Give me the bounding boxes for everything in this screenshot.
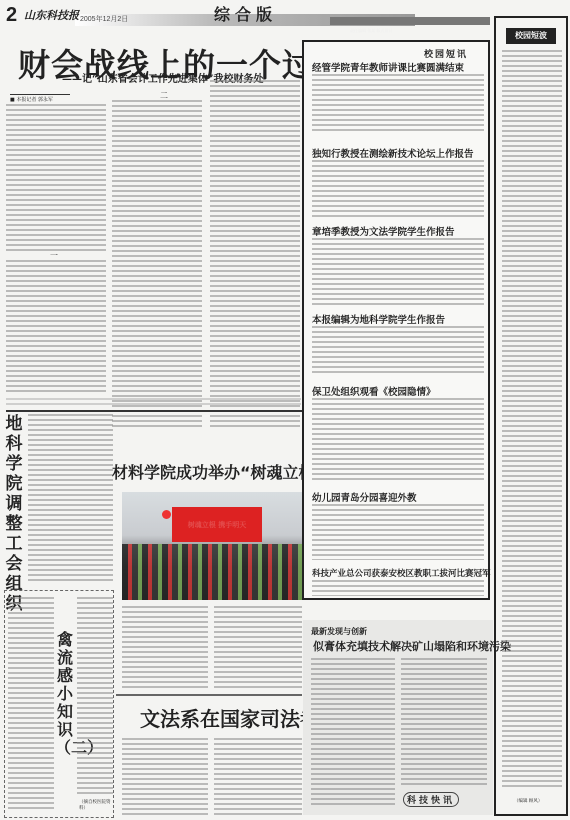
page-number: 2 [6,4,17,27]
news-headline: 独知行教授在测绘新技术论坛上作报告 [312,146,474,160]
law-col-1 [122,738,208,816]
news-body [312,580,484,596]
lead-column-1 [6,104,106,254]
law-col-2 [214,738,302,816]
sidebar-editor: （编辑 顾风） [514,798,542,804]
right-band: 责任编辑 张某 版式设计 [330,17,490,25]
tech-kicker: 最新发现与创新 [311,626,367,637]
tech-box: 最新发现与创新 似膏体充填技术解决矿山塌陷和环境污染 科技快讯 [303,620,493,815]
section-title: 综合版 [214,2,277,25]
tech-col-2 [401,658,487,788]
news-body [312,504,484,560]
news-body [312,74,484,134]
news-headline: 经管学院青年教师讲课比赛圆满结束 [312,60,464,74]
news-headline: 本报编辑为地科学院学生作报告 [312,312,445,326]
gala-col-2 [214,606,302,688]
lantern-icon [162,510,171,519]
news-body [312,326,484,374]
right-sidebar: 校园短波 （编辑 顾风） [494,16,568,816]
sidebar-body [502,50,562,790]
knowledge-source: （摘自校医院资料） [79,799,113,811]
knowledge-col-1 [8,597,54,812]
lead-ending [6,398,301,408]
tech-footer-badge: 科技快讯 [403,792,459,807]
news-body [312,238,484,306]
gala-col-1 [122,606,208,688]
divider [116,694,302,696]
news-headline: 章培季教授为文法学院学生作报告 [312,224,455,238]
lead-byline: ■ 本报记者 郭永军 [10,94,70,101]
side-article-title: 地科学院调整工会组织 [4,414,24,614]
knowledge-col-2 [77,597,113,797]
lead-column-2 [112,100,202,430]
news-headline: 科技产业总公司获泰安校区教职工拔河比赛冠军 [312,567,491,579]
sidebar-title: 校园短波 [506,28,556,44]
side-article-body [28,414,113,584]
performers [122,544,302,600]
news-headline: 保卫处组织观看《校园隐情》 [312,384,436,398]
gala-photo: 树魂立根 携手明天 [122,492,302,600]
news-box: 校园短讯 经管学院青年教师讲课比赛圆满结束 独知行教授在测绘新技术论坛上作报告 … [302,40,490,600]
news-badge: 校园短讯 [424,47,468,60]
paper-name: 山东科技报 [24,7,79,23]
news-body [312,398,484,480]
divider [6,410,302,412]
issue-date: 2005年12月2日 [80,14,128,24]
news-headline: 幼儿园青岛分园喜迎外教 [312,490,417,504]
tech-headline: 似膏体充填技术解决矿山塌陷和环境污染 [313,638,511,654]
lead-column-1b [6,260,106,395]
tech-col-1 [311,658,395,808]
news-body [312,160,484,218]
knowledge-box: 禽流感小知识（二） （摘自校医院资料） [4,590,114,818]
photo-banner: 树魂立根 携手明天 [172,507,262,542]
knowledge-title: 禽流感小知识（二） [55,631,75,757]
lead-column-3 [210,80,300,430]
